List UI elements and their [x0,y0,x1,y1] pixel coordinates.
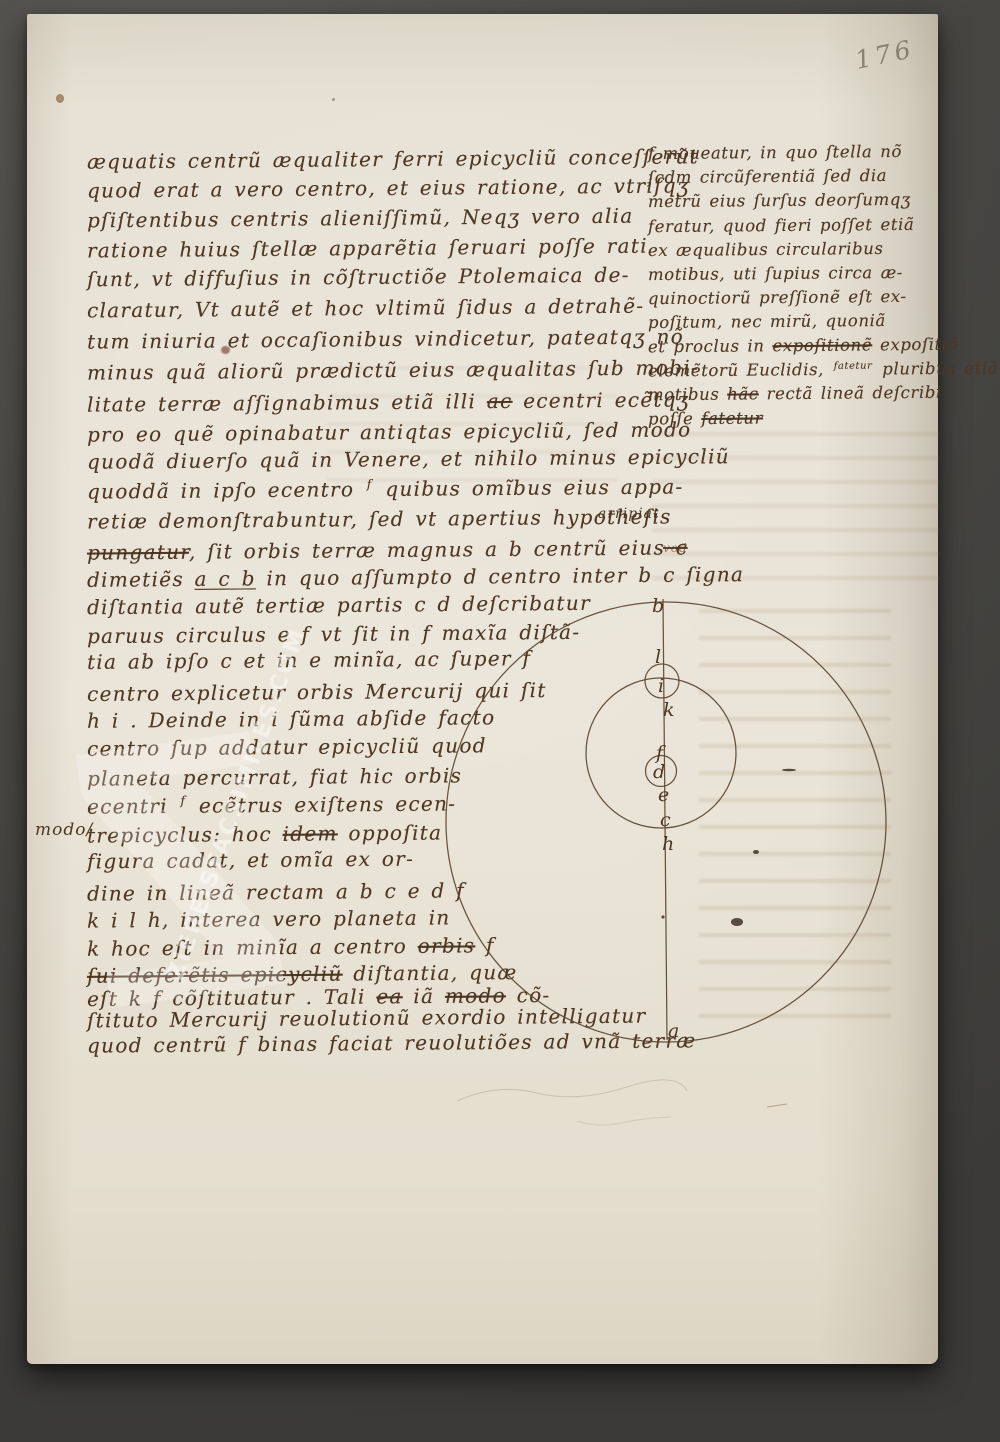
margin-note: modo/ [35,820,93,840]
photo-stage: 176 æquatis centrũ æqualiter ferri epicy… [0,0,1000,1442]
ink-speck [661,915,664,918]
ink-speck [782,769,796,771]
diagram-label-c: c [660,809,671,831]
diagram-label-l: l [655,646,661,668]
margin-note: arripiat [598,506,660,522]
margin-note: vod [663,541,688,555]
diagram-label-i: i [658,675,664,697]
diagram-point-labels: blikfdecha [652,595,679,1042]
diagram-label-a: a [668,1020,679,1042]
ink-speck [731,918,743,926]
orbit-diagram: blikfdecha [427,579,907,1139]
diagram-label-d: d [653,761,665,783]
diagram-label-e: e [658,784,669,806]
pencil-smudge [457,1080,787,1125]
diagram-label-b: b [652,595,664,617]
diagram-label-h: h [662,833,674,855]
manuscript-page: 176 æquatis centrũ æqualiter ferri epicy… [27,14,938,1364]
diagram-label-k: k [663,699,675,721]
diagram-ink-specks [661,769,796,926]
ink-speck [753,850,759,854]
